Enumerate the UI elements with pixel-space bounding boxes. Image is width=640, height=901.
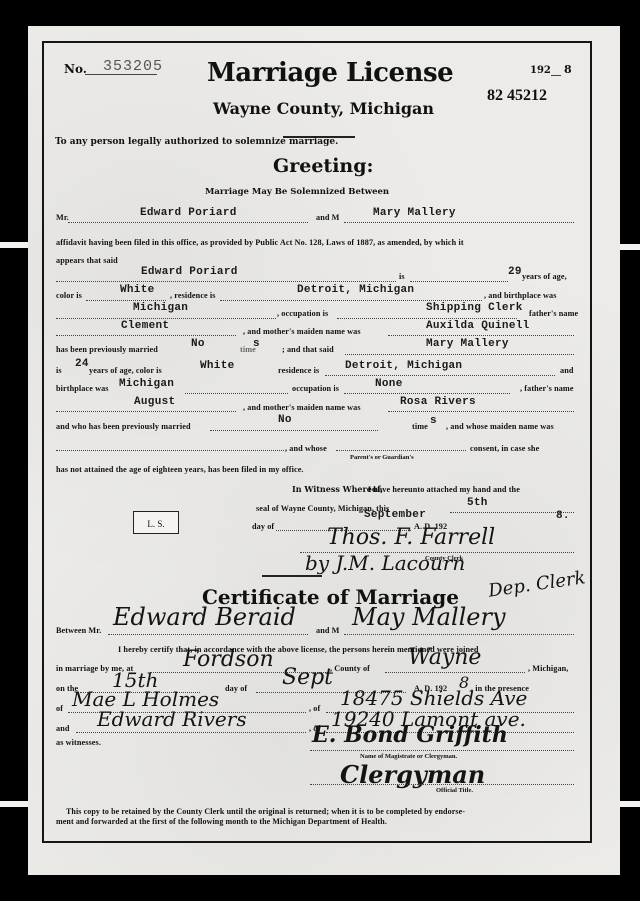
groom-occupation-field: Shipping Clerk <box>426 302 523 314</box>
bride-birthplace-line <box>185 393 288 394</box>
groom-prev-married-field: No <box>191 338 205 350</box>
bride-name-line <box>344 222 574 223</box>
and-m-label: and M <box>316 213 339 222</box>
not-attained-text: has not attained the age of eighteen yea… <box>56 465 304 474</box>
cert-groom-line <box>108 634 308 635</box>
cert-bride-line <box>344 634 574 635</box>
bride-birthplace-field: Michigan <box>119 378 174 390</box>
groom-name-field: Edward Poriard <box>140 207 237 219</box>
issue-day-field: 5th <box>467 497 488 509</box>
official-title-label: Official Title. <box>436 787 473 794</box>
license-number-value: 353205 <box>103 58 163 75</box>
years-of-age-label: years of age, <box>522 272 567 281</box>
bride-occupation-label: occupation is <box>292 384 339 393</box>
residence-label: , residence is <box>170 291 216 300</box>
solemnized-heading: Marriage May Be Solemnized Between <box>205 187 389 197</box>
groom-father-field: Clement <box>121 320 169 332</box>
maiden-name-label: , and whose maiden name was <box>446 422 554 431</box>
bride-prev-married-line <box>210 430 378 431</box>
year-label: 192 <box>530 65 551 76</box>
michigan-label: , Michigan, <box>528 664 568 673</box>
bride-prev-married-field: No <box>278 414 292 426</box>
color-label: color is <box>56 291 82 300</box>
fathers-name-label: father's name <box>529 309 578 318</box>
marriage-month: Sept <box>282 665 333 690</box>
occupation-label: , occupation is <box>277 309 328 318</box>
witness2-line <box>76 732 306 733</box>
stamp-number: 82 45212 <box>487 87 547 105</box>
bride-time-label: time <box>412 422 428 431</box>
and-whose-label: , and whose <box>285 444 327 453</box>
groom-name-2-line <box>56 281 396 282</box>
bride-residence-field: Detroit, Michigan <box>345 360 462 372</box>
bride-mother-line <box>388 411 574 412</box>
year-value: 8 <box>564 63 572 76</box>
bride-name-2-field: Mary Mallery <box>426 338 509 350</box>
bride-fathers-label: , father's name <box>520 384 574 393</box>
footer-line-2: ment and forwarded at the first of the f… <box>56 817 387 826</box>
document-title: Marriage License <box>207 58 453 88</box>
document-subtitle: Wayne County, Michigan <box>213 99 434 118</box>
bride-name-field: Mary Mallery <box>373 207 456 219</box>
marriage-county: Wayne <box>408 645 481 670</box>
bride-is-label: is <box>56 366 62 375</box>
groom-mother-field: Auxilda Quinell <box>426 320 530 332</box>
bride-age-field: 24 <box>75 358 89 370</box>
bride-color-field: White <box>200 360 235 372</box>
bride-occupation-line <box>344 393 510 394</box>
and-that-said-label: ; and that said <box>282 345 334 354</box>
bride-father-field: August <box>134 396 175 408</box>
cert-day-of-label: day of <box>225 684 247 693</box>
scan-tab-left <box>0 242 30 248</box>
witness2-name: Edward Rivers <box>97 707 247 731</box>
marriage-place: Fordson <box>183 647 274 672</box>
bride-birthplace-label: birthplace was <box>56 384 109 393</box>
as-witnesses-label: as witnesses. <box>56 738 101 747</box>
bride-occupation-field: None <box>375 378 403 390</box>
groom-birthplace-field: Michigan <box>133 302 188 314</box>
bride-prev-married-label: and who has been previously married <box>56 422 191 431</box>
deputy-signature: by J.M. Lacourn <box>305 551 465 575</box>
parent-guardian-label: Parent's or Guardian's <box>350 454 414 461</box>
groom-age-field: 29 <box>508 266 522 278</box>
between-label: Between Mr. <box>56 626 101 635</box>
bride-name-2-line <box>345 354 574 355</box>
mothers-maiden-label: , and mother's maiden name was <box>243 327 361 336</box>
cert-groom-name: Edward Beraid <box>113 603 296 631</box>
officiant-label: Name of Magistrate or Clergyman. <box>360 753 457 760</box>
officiant-signature: E. Bond Griffith <box>312 722 508 748</box>
groom-name-2-field: Edward Poriard <box>141 266 238 278</box>
cert-and-label: and <box>56 724 70 733</box>
prev-married-label: has been previously married <box>56 345 158 354</box>
and-label: and <box>560 366 574 375</box>
groom-times-field: s <box>253 338 260 350</box>
affidavit-text: affidavit having been filed in this offi… <box>56 238 464 247</box>
groom-color-line <box>86 300 166 301</box>
issue-year-field: 8. <box>556 510 570 522</box>
officiant-line <box>310 750 574 751</box>
groom-color-field: White <box>120 284 155 296</box>
bride-times-field: s <box>430 415 437 427</box>
groom-occupation-line <box>337 318 517 319</box>
scan-tab-left-bottom <box>0 801 30 807</box>
mr-label: Mr. <box>56 213 69 222</box>
bride-residence-label: residence is <box>278 366 319 375</box>
is-label: is <box>399 272 405 281</box>
footer-line-1: This copy to be retained by the County C… <box>66 807 465 816</box>
official-title-line <box>310 784 574 785</box>
groom-mother-line <box>388 335 574 336</box>
witness-text: I have hereunto attached my hand and the <box>368 485 520 494</box>
groom-residence-line <box>220 300 482 301</box>
greeting-heading: Greeting: <box>273 155 374 177</box>
consent-label: consent, in case she <box>470 444 539 453</box>
groom-birthplace-line <box>56 318 276 319</box>
bride-years-color-label: years of age, color is <box>89 366 162 375</box>
issue-month-field: September <box>364 509 426 521</box>
cert-and-m-label: and M <box>316 626 339 635</box>
groom-father-line <box>56 335 236 336</box>
groom-age-line <box>410 281 508 282</box>
witness1-of-label: , of <box>309 704 320 713</box>
birthplace-label: , and birthplace was <box>484 291 557 300</box>
of-label: of <box>56 704 63 713</box>
address-line: To any person legally authorized to sole… <box>55 137 338 147</box>
license-number-label: No. <box>64 62 87 76</box>
day-of-label: day of <box>252 522 274 531</box>
consent-line <box>336 450 466 451</box>
groom-residence-field: Detroit, Michigan <box>297 284 414 296</box>
cert-bride-name: May Mallery <box>352 603 506 631</box>
appears-text: appears that said <box>56 256 118 265</box>
seal-box: L. S. <box>133 511 179 534</box>
bride-mothers-label: , and mother's maiden name was <box>243 403 361 412</box>
deputy-rule <box>262 575 322 577</box>
seal-box-label: L. S. <box>147 519 164 529</box>
year-line <box>551 75 561 76</box>
groom-name-line <box>68 222 308 223</box>
bride-father-line <box>56 411 236 412</box>
bride-residence-line <box>325 375 555 376</box>
county-label: , County of <box>330 664 370 673</box>
county-line <box>385 672 525 673</box>
bride-mother-field: Rosa Rivers <box>400 396 476 408</box>
clerk-signature: Thos. F. Farrell <box>327 525 495 550</box>
maiden-name-line <box>56 450 284 451</box>
